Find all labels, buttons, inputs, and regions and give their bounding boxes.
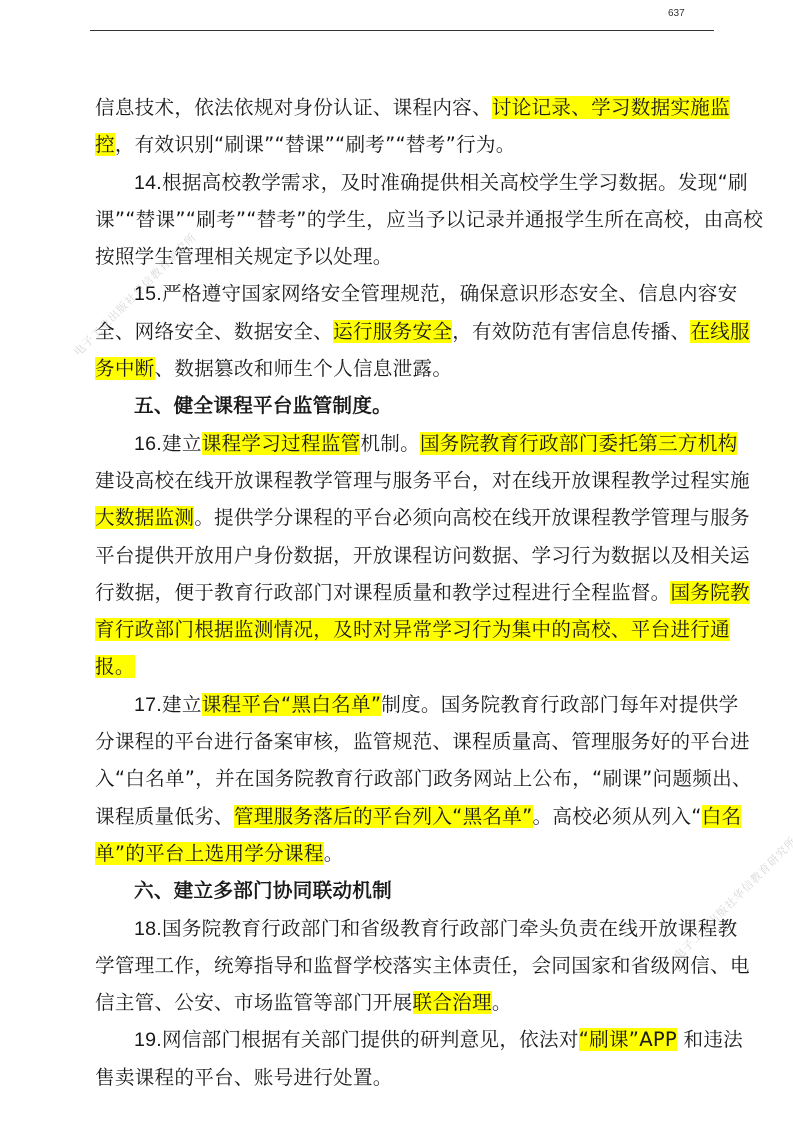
text-line: 分课程的平台进行备案审核，监管规范、课程质量高、管理服务好的平台进	[95, 723, 699, 760]
text-segment: 根据高校教学需求，及时准确提供相关高校学生学习数据。发现“刷	[162, 171, 748, 194]
text-line: 课程质量低劣、管理服务落后的平台列入“黑名单”。高校必须从列入“白名	[95, 798, 699, 835]
text-segment: 五、健全课程平台监管制度。	[134, 394, 392, 417]
text-segment: 建立	[162, 432, 202, 455]
page-number: 637	[668, 8, 685, 19]
text-segment: ，有效识别“刷课”“替课”“刷考”“替考”行为。	[115, 133, 516, 156]
text-segment: 全、网络安全、数据安全、	[95, 320, 333, 343]
text-line: 17.建立课程平台“黑白名单”制度。国务院教育行政部门每年对提供学	[95, 686, 699, 723]
item-number: 17.	[134, 694, 162, 716]
text-line: 行数据，便于教育行政部门对课程质量和教学过程进行全程监督。国务院教	[95, 574, 699, 611]
text-segment: 分课程的平台进行备案审核，监管规范、课程质量高、管理服务好的平台进	[95, 730, 750, 753]
text-line: 19.网信部门根据有关部门提供的研判意见，依法对“刷课”APP 和违法	[95, 1021, 699, 1058]
text-segment: 学管理工作，统筹指导和监督学校落实主体责任，会同国家和省级网信、电	[95, 954, 750, 977]
text-line: 务中断、数据篡改和师生个人信息泄露。	[95, 350, 699, 387]
text-segment: 建立	[162, 693, 202, 716]
highlighted-text: 课程平台“黑白名单”	[202, 693, 382, 716]
highlighted-text: 管理服务落后的平台列入“黑名单”	[234, 805, 533, 828]
text-line: 报。	[95, 648, 699, 685]
highlighted-text: 国务院教	[670, 581, 749, 604]
text-line: 入“白名单”，并在国务院教育行政部门政务网站上公布，“刷课”问题频出、	[95, 760, 699, 797]
text-segment: 平台提供开放用户身份数据，开放课程访问数据、学习行为数据以及相关运	[95, 544, 750, 567]
text-line: 16.建立课程学习过程监管机制。国务院教育行政部门委托第三方机构	[95, 425, 699, 462]
text-segment: 国务院教育行政部门和省级教育行政部门牵头负责在线开放课程教	[162, 917, 737, 940]
text-segment: 。	[492, 991, 512, 1014]
text-line: 学管理工作，统筹指导和监督学校落实主体责任，会同国家和省级网信、电	[95, 947, 699, 984]
text-line: 18.国务院教育行政部门和省级教育行政部门牵头负责在线开放课程教	[95, 910, 699, 947]
highlighted-text: 在线服	[690, 320, 750, 343]
text-segment: 。	[324, 842, 344, 865]
text-line: 信主管、公安、市场监管等部门开展联合治理。	[95, 984, 699, 1021]
item-number: 15.	[134, 283, 162, 305]
text-line: 育行政部门根据监测情况，及时对异常学习行为集中的高校、平台进行通	[95, 611, 699, 648]
text-segment: 按照学生管理相关规定予以处理。	[95, 245, 393, 268]
text-line: 全、网络安全、数据安全、运行服务安全，有效防范有害信息传播、在线服	[95, 313, 699, 350]
highlighted-text: 控	[95, 133, 115, 156]
text-segment: 信主管、公安、市场监管等部门开展	[95, 991, 413, 1014]
text-line: 信息技术，依法依规对身份认证、课程内容、讨论记录、学习数据实施监	[95, 89, 699, 126]
highlighted-text: 白名	[702, 805, 742, 828]
highlighted-text: 务中断	[95, 357, 155, 380]
text-segment: 、数据篡改和师生个人信息泄露。	[155, 357, 453, 380]
document-body: 信息技术，依法依规对身份认证、课程内容、讨论记录、学习数据实施监控，有效识别“刷…	[95, 89, 699, 1096]
highlighted-text: 大数据监测	[95, 506, 194, 529]
text-line: 售卖课程的平台、账号进行处置。	[95, 1059, 699, 1096]
text-segment: 。提供学分课程的平台必须向高校在线开放课程教学管理与服务	[194, 506, 750, 529]
text-segment: 六、建立多部门协同联动机制	[134, 879, 392, 902]
text-line: 按照学生管理相关规定予以处理。	[95, 238, 699, 275]
section-heading: 五、健全课程平台监管制度。	[95, 387, 699, 424]
highlighted-text: 单”的平台上选用学分课程	[95, 842, 324, 865]
text-segment: 。高校必须从列入“	[533, 805, 702, 828]
highlighted-text: 联合治理	[413, 991, 492, 1014]
text-line: 平台提供开放用户身份数据，开放课程访问数据、学习行为数据以及相关运	[95, 537, 699, 574]
highlighted-text: 讨论记录、学习数据实施监	[492, 96, 730, 119]
item-number: 19.	[134, 1029, 162, 1051]
highlighted-text: 课程学习过程监管	[202, 432, 361, 455]
highlighted-text: 育行政部门根据监测情况，及时对异常学习行为集中的高校、平台进行通	[95, 618, 730, 641]
text-segment: 入“白名单”，并在国务院教育行政部门政务网站上公布，“刷课”问题频出、	[95, 767, 752, 790]
text-line: 建设高校在线开放课程教学管理与服务平台，对在线开放课程教学过程实施	[95, 462, 699, 499]
text-segment: 课”“替课”“刷考”“替考”的学生，应当予以记录并通报学生所在高校，由高校	[95, 208, 763, 231]
highlighted-text: 国务院教育行政部门委托第三方机构	[420, 432, 738, 455]
text-line: 大数据监测。提供学分课程的平台必须向高校在线开放课程教学管理与服务	[95, 499, 699, 536]
highlighted-text: “刷课”APP	[579, 1028, 677, 1051]
item-number: 18.	[134, 918, 162, 940]
header-rule	[90, 30, 714, 31]
text-segment: 信息技术，依法依规对身份认证、课程内容、	[95, 96, 492, 119]
text-segment: 机制。	[360, 432, 420, 455]
highlighted-text: 报。	[95, 655, 135, 678]
text-line: 课”“替课”“刷考”“替考”的学生，应当予以记录并通报学生所在高校，由高校	[95, 201, 699, 238]
text-segment: 和违法	[677, 1028, 743, 1051]
text-line: 15.严格遵守国家网络安全管理规范，确保意识形态安全、信息内容安	[95, 275, 699, 312]
text-segment: 建设高校在线开放课程教学管理与服务平台，对在线开放课程教学过程实施	[95, 469, 750, 492]
text-segment: 制度。国务院教育行政部门每年对提供学	[381, 693, 738, 716]
text-segment: ，有效防范有害信息传播、	[452, 320, 690, 343]
highlighted-text: 运行服务安全	[333, 320, 452, 343]
text-line: 单”的平台上选用学分课程。	[95, 835, 699, 872]
text-segment: 行数据，便于教育行政部门对课程质量和教学过程进行全程监督。	[95, 581, 670, 604]
text-segment: 课程质量低劣、	[95, 805, 234, 828]
text-line: 控，有效识别“刷课”“替课”“刷考”“替考”行为。	[95, 126, 699, 163]
text-segment: 严格遵守国家网络安全管理规范，确保意识形态安全、信息内容安	[162, 282, 737, 305]
section-heading: 六、建立多部门协同联动机制	[95, 872, 699, 909]
text-line: 14.根据高校教学需求，及时准确提供相关高校学生学习数据。发现“刷	[95, 164, 699, 201]
item-number: 16.	[134, 433, 162, 455]
text-segment: 网信部门根据有关部门提供的研判意见，依法对	[162, 1028, 579, 1051]
item-number: 14.	[134, 172, 162, 194]
text-segment: 售卖课程的平台、账号进行处置。	[95, 1066, 393, 1089]
